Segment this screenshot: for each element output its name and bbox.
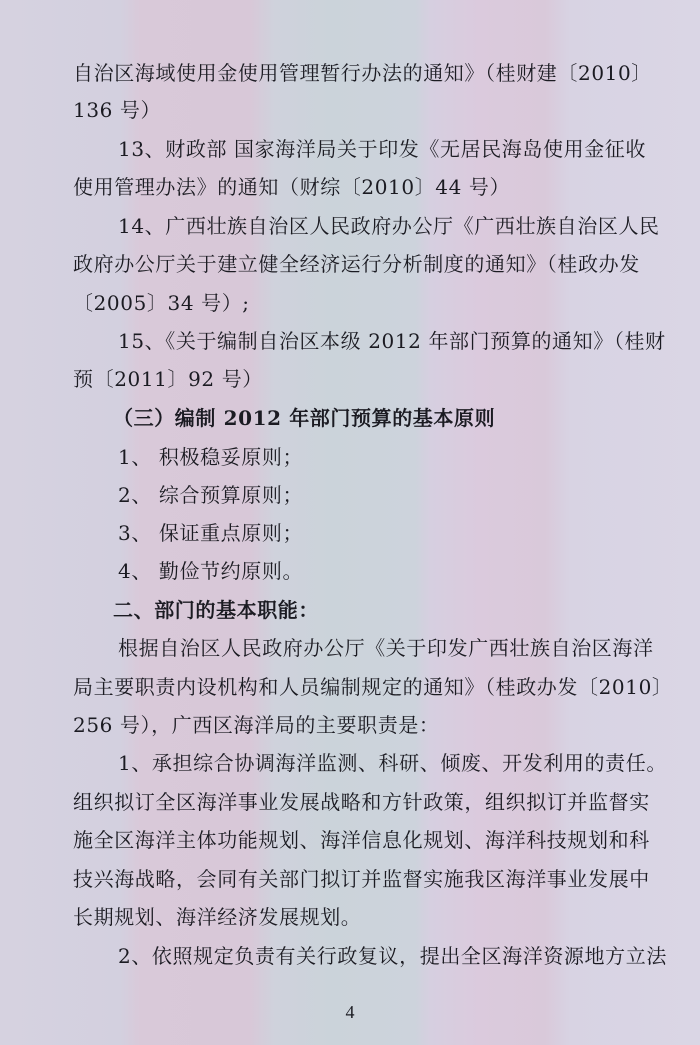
text-line: 预〔2011〕92 号） bbox=[73, 366, 643, 392]
text-line: 政府办公厅关于建立健全经济运行分析制度的通知》（桂政办发 bbox=[73, 251, 643, 277]
text-line: 施全区海洋主体功能规划、海洋信息化规划、海洋科技规划和科 bbox=[73, 827, 643, 853]
list-item-14: 14、广西壮族自治区人民政府办公厅《广西壮族自治区人民 bbox=[118, 213, 688, 239]
text-line: 使用管理办法》的通知（财综〔2010〕44 号） bbox=[73, 174, 643, 200]
principle-item-4: 4、 勤俭节约原则。 bbox=[118, 558, 688, 584]
section-heading-principles: （三）编制 2012 年部门预算的基本原则 bbox=[113, 405, 683, 431]
text-line: 〔2005〕34 号）; bbox=[73, 290, 643, 316]
list-item-15: 15、《关于编制自治区本级 2012 年部门预算的通知》（桂财 bbox=[118, 328, 688, 354]
text-line: 自治区海域使用金使用管理暂行办法的通知》（桂财建〔2010〕 bbox=[73, 60, 643, 86]
text-line: 技兴海战略，会同有关部门拟订并监督实施我区海洋事业发展中 bbox=[73, 866, 643, 892]
paragraph-start: 根据自治区人民政府办公厅《关于印发广西壮族自治区海洋 bbox=[118, 635, 688, 661]
principle-item-1: 1、 积极稳妥原则； bbox=[118, 444, 688, 470]
duty-item-1: 1、承担综合协调海洋监测、科研、倾废、开发利用的责任。 bbox=[118, 750, 688, 776]
principle-item-3: 3、 保证重点原则； bbox=[118, 520, 688, 546]
text-line: 组织拟订全区海洋事业发展战略和方针政策，组织拟订并监督实 bbox=[73, 789, 643, 815]
document-page: 自治区海域使用金使用管理暂行办法的通知》（桂财建〔2010〕 136 号） 13… bbox=[0, 0, 700, 1045]
text-line: 长期规划、海洋经济发展规划。 bbox=[73, 904, 643, 930]
principle-item-2: 2、 综合预算原则； bbox=[118, 482, 688, 508]
text-line: 局主要职责内设机构和人员编制规定的通知》（桂政办发〔2010〕 bbox=[73, 674, 643, 700]
text-line: 136 号） bbox=[73, 97, 643, 123]
page-number: 4 bbox=[0, 1002, 700, 1022]
text-line: 256 号），广西区海洋局的主要职责是： bbox=[73, 712, 643, 738]
section-heading-functions: 二、部门的基本职能： bbox=[113, 597, 683, 623]
list-item-13: 13、财政部 国家海洋局关于印发《无居民海岛使用金征收 bbox=[118, 136, 688, 162]
duty-item-2: 2、依照规定负责有关行政复议，提出全区海洋资源地方立法 bbox=[118, 943, 688, 969]
